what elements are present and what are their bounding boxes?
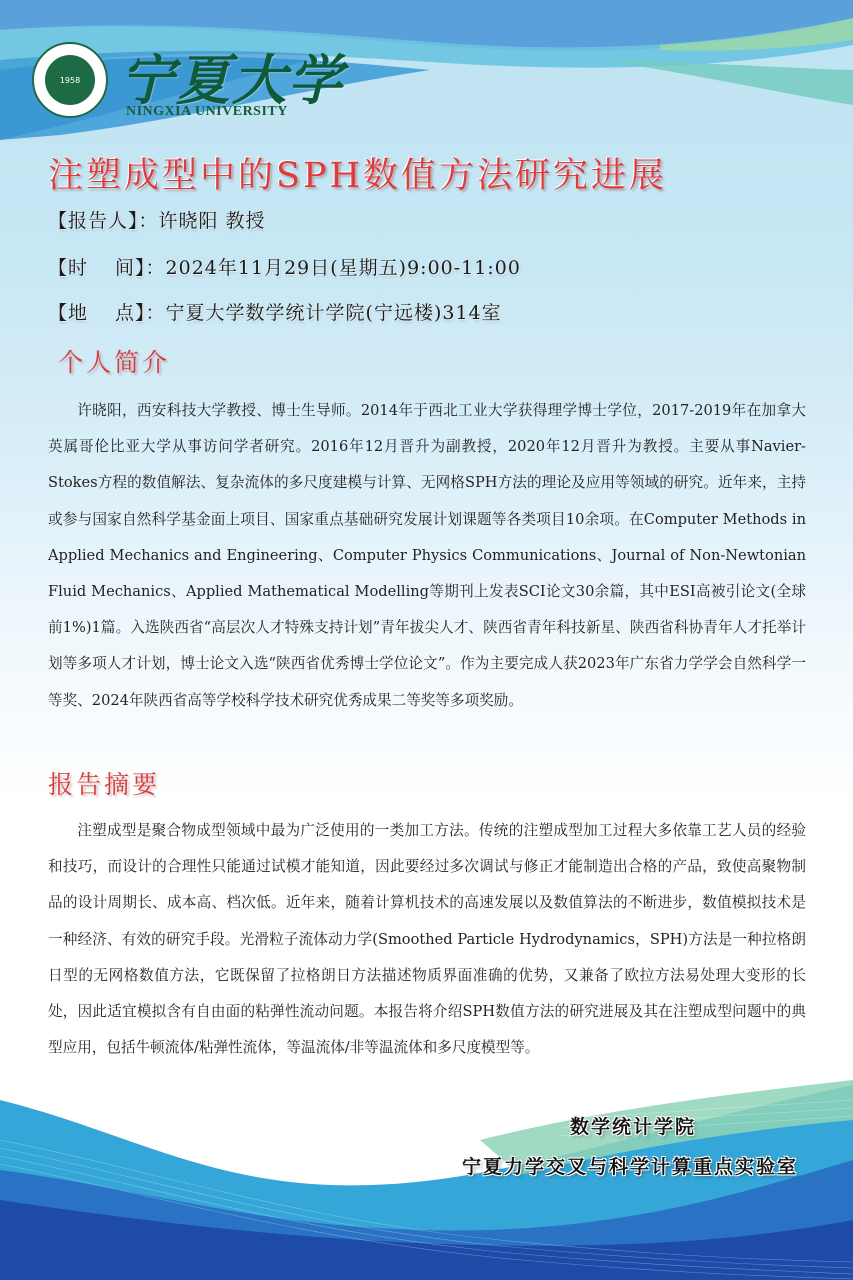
speaker-row: 【报告人】：许晓阳 教授 [48,206,266,233]
bio-heading: 个人简介 [58,343,170,379]
seal-emblem: 1958 [45,55,95,105]
location-value: 宁夏大学数学统计学院(宁远楼)314室 [166,298,502,325]
abstract-paragraph: 注塑成型是聚合物成型领域中最为广泛使用的一类加工方法。传统的注塑成型加工过程大多… [48,813,806,1066]
time-label: 【时 间】： [48,253,166,280]
organizer-school: 数学统计学院 [570,1112,696,1139]
university-seal-icon: 1958 [32,42,108,118]
bio-paragraph: 许晓阳，西安科技大学教授、博士生导师。2014年于西北工业大学获得理学博士学位，… [48,393,806,719]
location-row: 【地 点】：宁夏大学数学统计学院(宁远楼)314室 [48,298,502,325]
speaker-label: 【报告人】： [48,206,159,233]
time-value: 2024年11月29日(星期五)9:00-11:00 [166,253,521,280]
page-title: 注塑成型中的SPH数值方法研究进展 [48,148,667,198]
abstract-heading: 报告摘要 [48,765,160,801]
organizer-lab: 宁夏力学交叉与科学计算重点实验室 [462,1152,798,1179]
speaker-value: 许晓阳 教授 [159,206,266,233]
location-label: 【地 点】： [48,298,166,325]
poster: 1958 宁夏大学 NINGXIA UNIVERSITY 注塑成型中的SPH数值… [0,0,853,1280]
university-name-en: NINGXIA UNIVERSITY [126,104,288,120]
time-row: 【时 间】：2024年11月29日(星期五)9:00-11:00 [48,253,521,280]
seal-year: 1958 [60,76,80,85]
